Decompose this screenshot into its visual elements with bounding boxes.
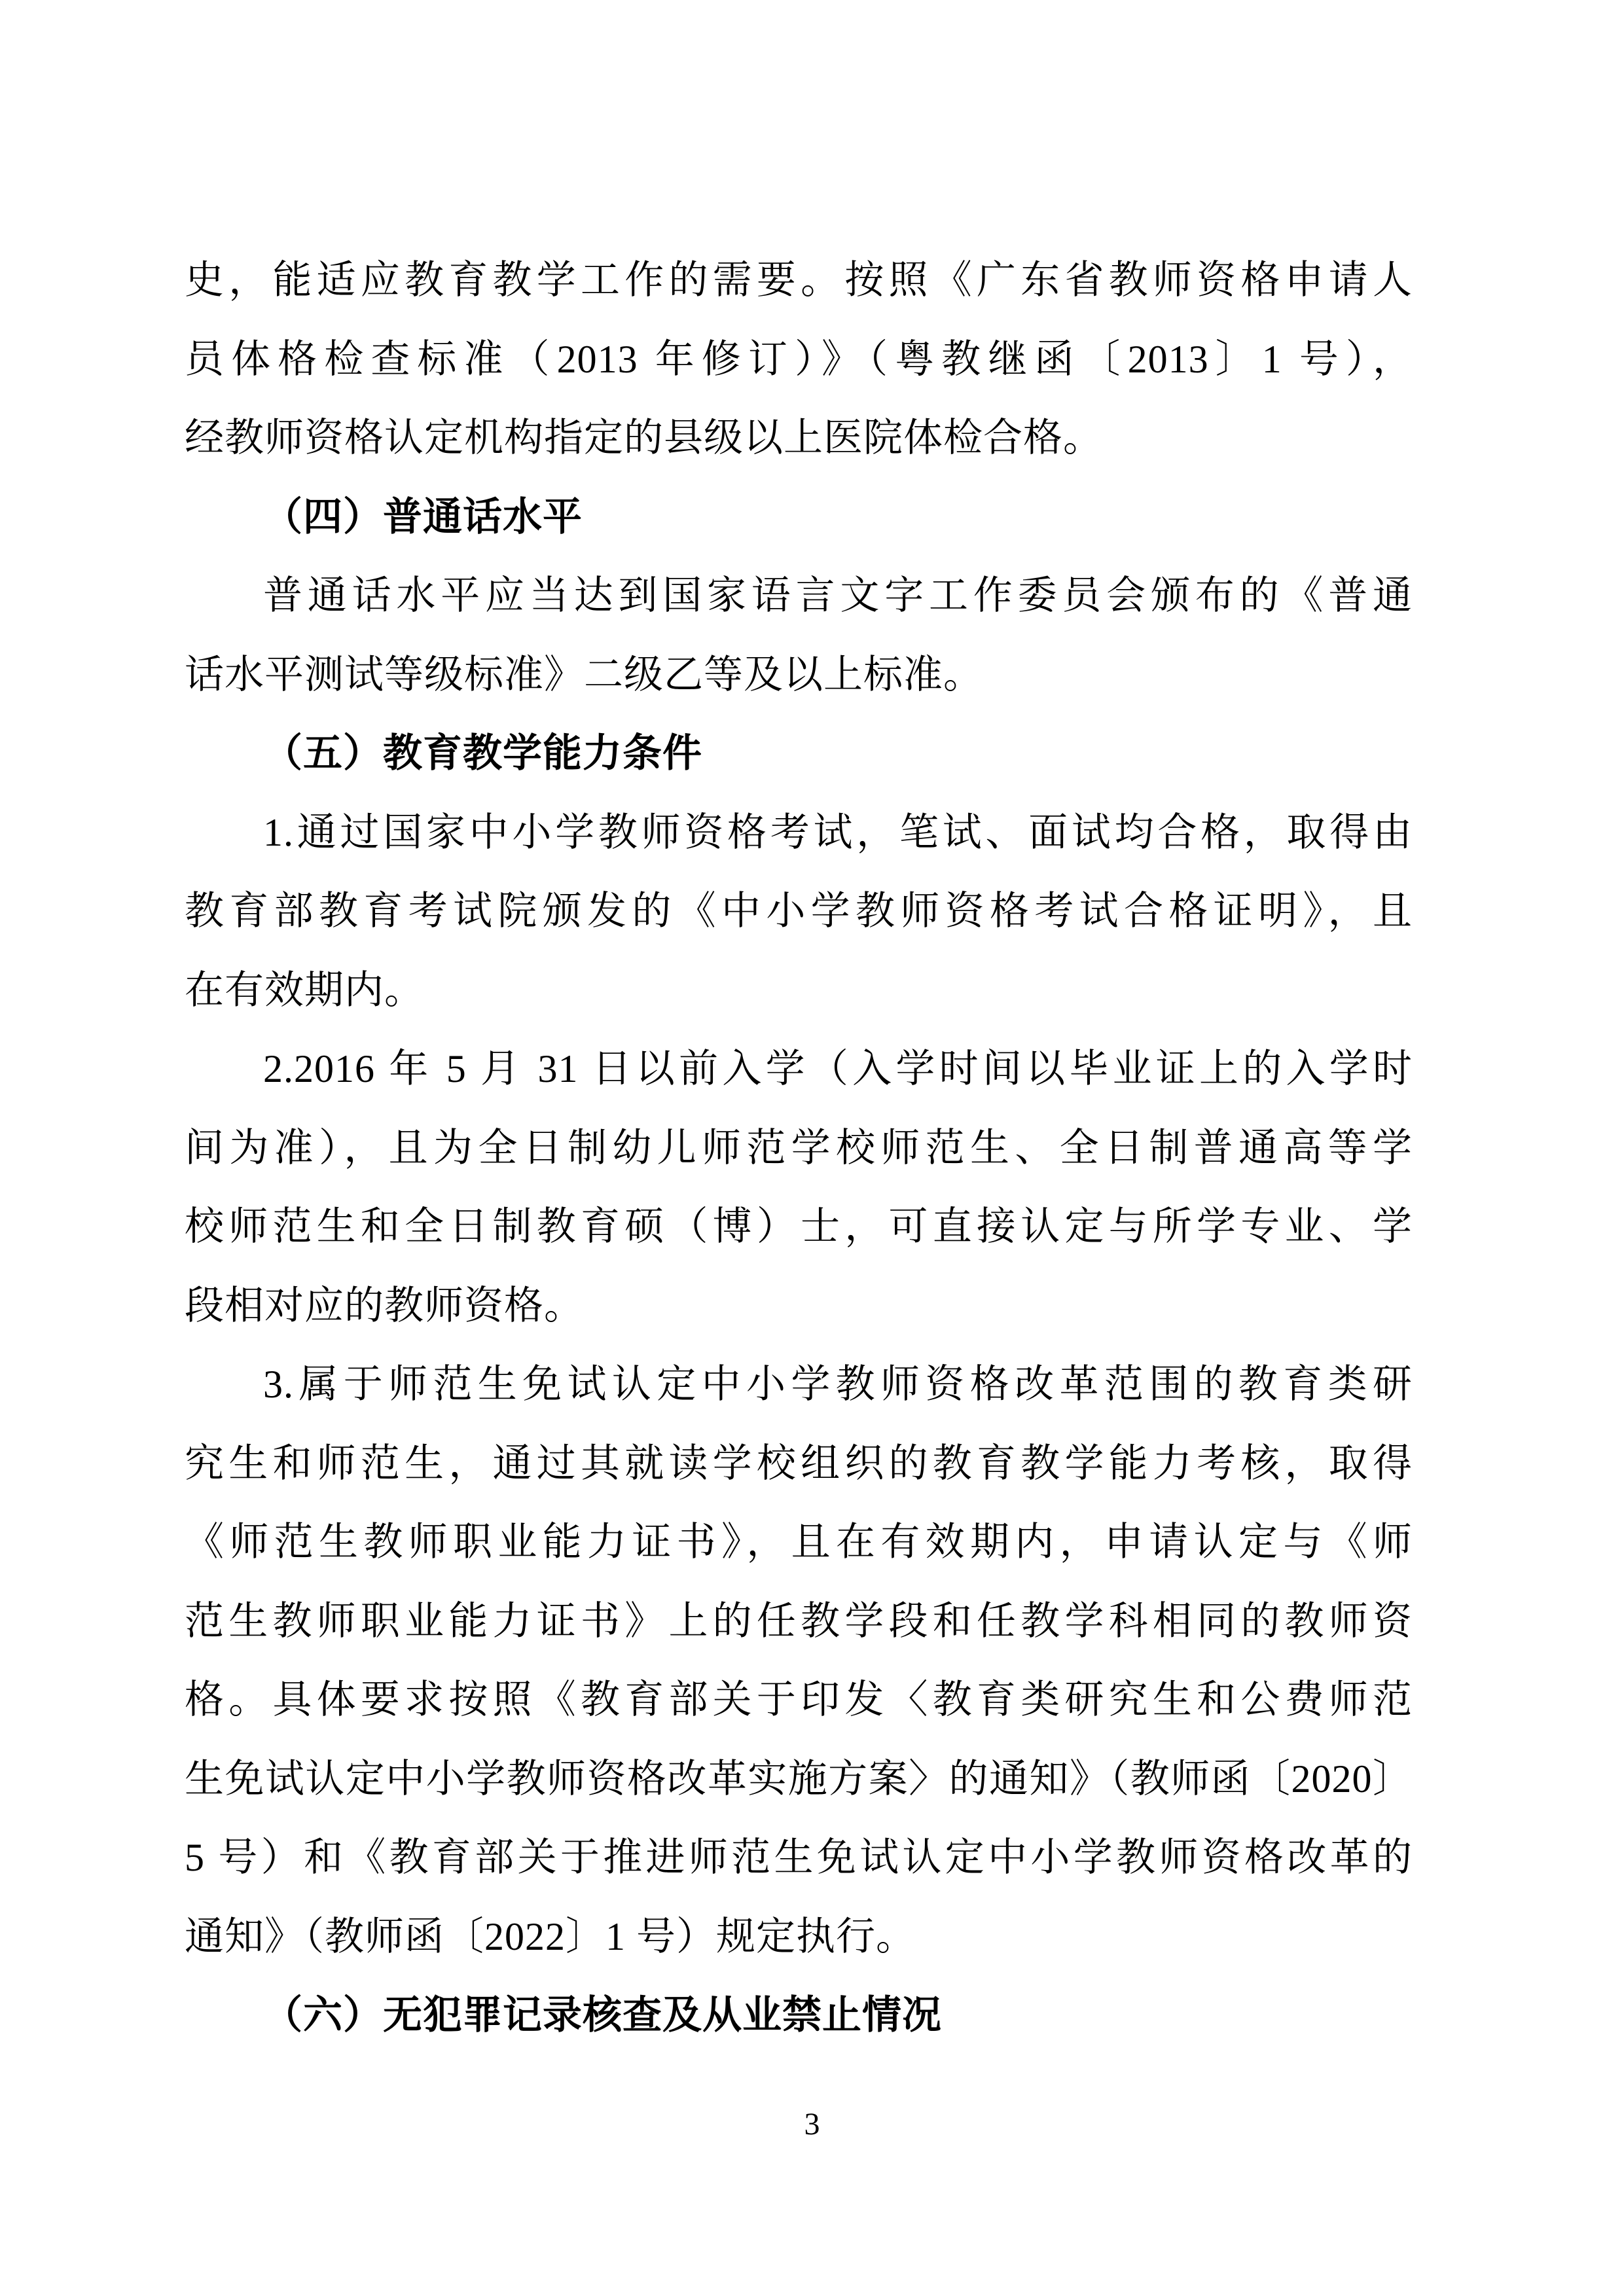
text-line: 5 号）和《教育部关于推进师范生免试认定中小学教师资格改革的	[185, 1818, 1413, 1897]
page-footer: 3	[0, 2106, 1624, 2143]
section-heading-line: （四）普通话水平	[185, 478, 1413, 557]
text-line: 《师范生教师职业能力证书》，且在有效期内，申请认定与《师	[185, 1503, 1413, 1582]
document-body: 史，能适应教育教学工作的需要。按照《广东省教师资格申请人员体格检查标准（2013…	[185, 241, 1413, 2055]
text-line: 间为准），且为全日制幼儿师范学校师范生、全日制普通高等学	[185, 1109, 1413, 1188]
text-line: 教育部教育考试院颁发的《中小学教师资格考试合格证明》，且	[185, 872, 1413, 951]
text-line: 普通话水平应当达到国家语言文字工作委员会颁布的《普通	[185, 556, 1413, 636]
text-line: 究生和师范生，通过其就读学校组织的教育教学能力考核，取得	[185, 1424, 1413, 1503]
section-heading-line: （五）教育教学能力条件	[185, 714, 1413, 793]
text-line: 员体格检查标准（2013 年修订）》（粤教继函〔2013〕1 号），	[185, 320, 1413, 399]
section-heading-line: （六）无犯罪记录核查及从业禁止情况	[185, 1976, 1413, 2055]
text-line: 1.通过国家中小学教师资格考试，笔试、面试均合格，取得由	[185, 793, 1413, 872]
text-line: 话水平测试等级标准》二级乙等及以上标准。	[185, 636, 1413, 715]
page-number: 3	[804, 2107, 820, 2142]
document-page: 史，能适应教育教学工作的需要。按照《广东省教师资格申请人员体格检查标准（2013…	[0, 0, 1624, 2296]
text-line: 范生教师职业能力证书》上的任教学段和任教学科相同的教师资	[185, 1582, 1413, 1661]
text-line: 3.属于师范生免试认定中小学教师资格改革范围的教育类研	[185, 1345, 1413, 1424]
text-line: 2.2016 年 5 月 31 日以前入学（入学时间以毕业证上的入学时	[185, 1030, 1413, 1109]
text-line: 在有效期内。	[185, 951, 1413, 1030]
text-line: 史，能适应教育教学工作的需要。按照《广东省教师资格申请人	[185, 241, 1413, 320]
text-line: 段相对应的教师资格。	[185, 1266, 1413, 1346]
text-line: 格。具体要求按照《教育部关于印发〈教育类研究生和公费师范	[185, 1660, 1413, 1740]
text-line: 经教师资格认定机构指定的县级以上医院体检合格。	[185, 399, 1413, 478]
text-line: 生免试认定中小学教师资格改革实施方案〉的通知》（教师函〔2020〕	[185, 1740, 1413, 1819]
text-line: 通知》（教师函〔2022〕1 号）规定执行。	[185, 1897, 1413, 1977]
text-line: 校师范生和全日制教育硕（博）士，可直接认定与所学专业、学	[185, 1187, 1413, 1266]
